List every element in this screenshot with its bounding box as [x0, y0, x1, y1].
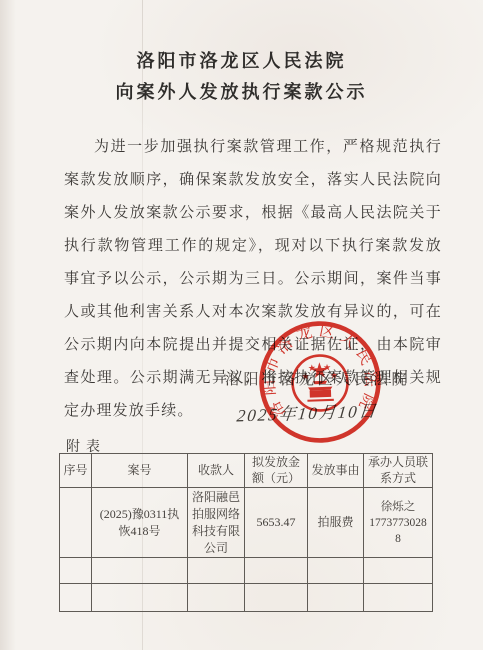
national-emblem-icon — [292, 355, 349, 412]
cell-payee — [188, 558, 245, 584]
cell-payee — [188, 584, 245, 612]
cell-payee: 洛阳融邑拍服网络科技有限公司 — [188, 488, 245, 558]
header-handler-contact: 承办人员联系方式 — [364, 454, 433, 488]
cell-seq — [60, 584, 92, 612]
title-line-2: 向案外人发放执行案款公示 — [0, 77, 483, 108]
title-line-1: 洛阳市洛龙区人民法院 — [0, 46, 483, 77]
cell-amount: 5653.47 — [245, 488, 308, 558]
cell-reason: 拍服费 — [308, 488, 364, 558]
cell-amount — [245, 558, 308, 584]
payout-table: 序号 案号 收款人 拟发放金额（元） 发放事由 承办人员联系方式 (2025)豫… — [59, 453, 433, 612]
header-seq: 序号 — [60, 454, 92, 488]
cell-seq — [60, 558, 92, 584]
handler-name: 徐烁之 — [367, 499, 429, 515]
cell-handler-contact — [364, 558, 433, 584]
cell-case-no: (2025)豫0311执恢418号 — [92, 488, 188, 558]
header-amount: 拟发放金额（元） — [245, 454, 308, 488]
cell-seq — [60, 488, 92, 558]
table-row: (2025)豫0311执恢418号 洛阳融邑拍服网络科技有限公司 5653.47… — [60, 488, 433, 558]
cell-reason — [308, 558, 364, 584]
seal-graphic: 洛阳市洛龙区人民法院 — [254, 316, 386, 448]
table-header-row: 序号 案号 收款人 拟发放金额（元） 发放事由 承办人员联系方式 — [60, 454, 433, 488]
cell-handler-contact — [364, 584, 433, 612]
cell-case-no — [92, 584, 188, 612]
cell-reason — [308, 584, 364, 612]
table-row — [60, 558, 433, 584]
header-reason: 发放事由 — [308, 454, 364, 488]
cell-amount — [245, 584, 308, 612]
table-row — [60, 584, 433, 612]
handler-phone: 17737730288 — [367, 515, 429, 547]
document-title: 洛阳市洛龙区人民法院 向案外人发放执行案款公示 — [0, 46, 483, 108]
cell-case-no — [92, 558, 188, 584]
official-court-seal: 洛阳市洛龙区人民法院 — [254, 316, 386, 448]
cell-handler-contact: 徐烁之 17737730288 — [364, 488, 433, 558]
header-payee: 收款人 — [188, 454, 245, 488]
scanned-notice-page: 洛阳市洛龙区人民法院 向案外人发放执行案款公示 为进一步加强执行案款管理工作，严… — [0, 0, 483, 650]
header-case-no: 案号 — [92, 454, 188, 488]
